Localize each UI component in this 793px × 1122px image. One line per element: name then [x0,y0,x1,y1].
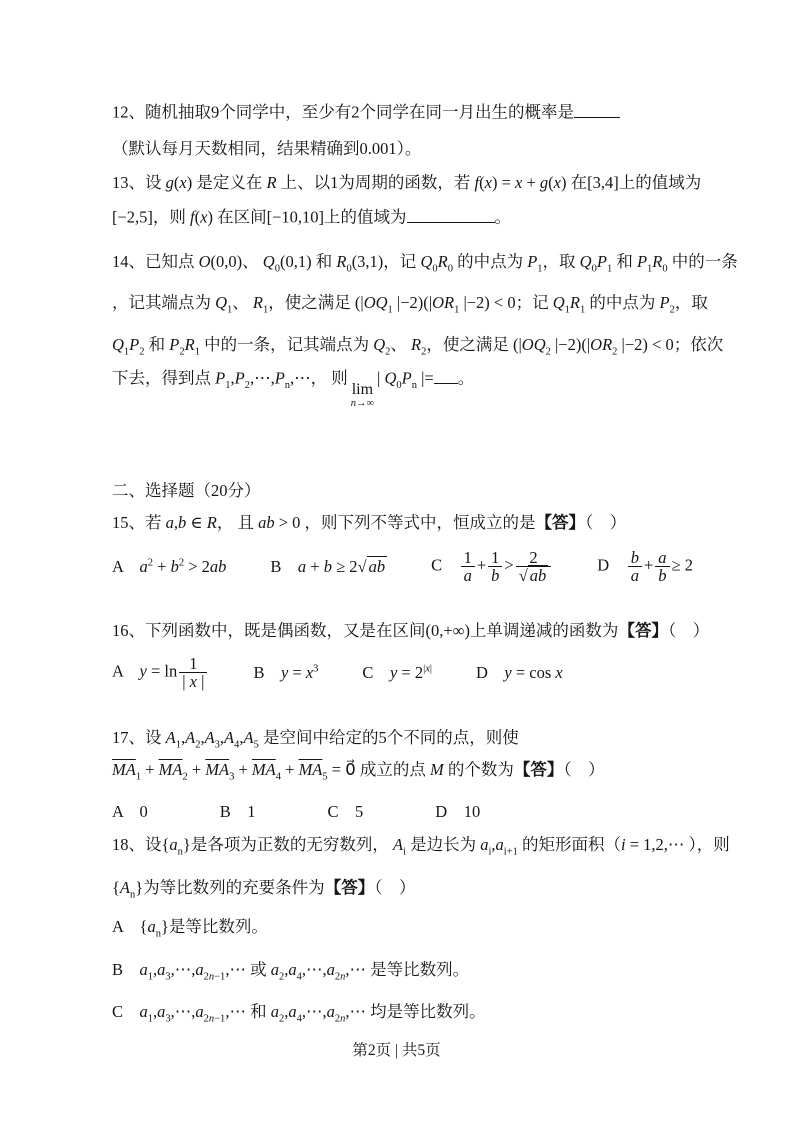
question-17-options: A 0 B 1 C 5 D 10 [112,800,703,823]
question-16-option-b: B y = x3 [253,661,318,684]
question-15-option-b: B a + b ≥ 2√ab [270,555,387,578]
page-footer: 第2页 | 共5页 [0,1038,793,1060]
question-18-line-2: {An}为等比数列的充要条件为【答】（ ） [112,876,703,899]
question-16-option-a: A y = ln1| x | [112,655,209,691]
page-number-label: 第2页 | 共5页 [352,1042,440,1059]
question-16-option-d: D y = cos x [476,661,563,684]
question-15-option-d: D ba+ab≥ 2 [597,549,693,585]
section-2-header: 二、选择题（20分） [112,479,703,502]
exam-page: 12、随机抽取9个同学中，至少有2个同学在同一月出生的概率是 （默认每月天数相同… [0,0,793,1122]
question-15-stem: 15、若 a,b ∈ R， 且 ab > 0 ，则下列不等式中，恒成立的是【答】… [112,511,703,534]
question-16-options: A y = ln1| x | B y = x3 C y = 2|x| D y =… [112,655,703,691]
question-13-line-1: 13、设 g(x) 是定义在 R 上、以1为周期的函数，若 f(x) = x +… [112,171,703,194]
question-15-option-c: C 1a+1b>2√ab [431,549,553,585]
question-17-option-d: D 10 [435,800,480,823]
question-14-line-2: ，记其端点为 Q1、 R1，使之满足 (|OQ1 |−2)(|OR1 |−2) … [112,291,703,314]
question-18-option-c: C a1,a3,⋯,a2n−1,⋯ 和 a2,a4,⋯,a2n,⋯ 均是等比数列… [112,1000,703,1023]
question-17-line-1: 17、设 A1,A2,A3,A4,A5 是空间中给定的5个不同的点，则使 [112,726,703,749]
question-14-line-4: 下去，得到点 P1,P2,⋯,Pn,⋯， 则limn→∞| Q0Pn |=。 [112,366,703,409]
question-17-option-a: A 0 [112,800,148,823]
question-14-line-1: 14、已知点 O(0,0)、 Q0(0,1) 和 R0(3,1)，记 Q0R0 … [112,250,703,273]
question-18-option-a: A {an}是等比数列。 [112,915,703,938]
question-15-options: A a2 + b2 > 2ab B a + b ≥ 2√ab C 1a+1b>2… [112,549,703,585]
question-13-line-2: [−2,5]，则 f(x) 在区间[−10,10]上的值域为。 [112,205,703,229]
question-16-stem: 16、下列函数中，既是偶函数，又是在区间(0,+∞)上单调递减的函数为【答】（ … [112,619,703,642]
question-18-line-1: 18、设{an}是各项为正数的无穷数列， Ai 是边长为 ai,ai+1 的矩形… [112,833,703,856]
question-12-line-1: 12、随机抽取9个同学中，至少有2个同学在同一月出生的概率是 [112,100,703,124]
question-17-option-c: C 5 [328,800,364,823]
question-17-line-2: MA1 + MA2 + MA3 + MA4 + MA5 = 0⃗ 成立的点 M … [112,758,703,781]
question-12-line-2: （默认每月天数相同，结果精确到0.001）。 [112,137,703,160]
question-14-line-3: Q1P2 和 P2R1 中的一条，记其端点为 Q2、 R2，使之满足 (|OQ2… [112,333,703,356]
question-17-option-b: B 1 [220,800,256,823]
question-18-option-b: B a1,a3,⋯,a2n−1,⋯ 或 a2,a4,⋯,a2n,⋯ 是等比数列。 [112,958,703,981]
question-16-option-c: C y = 2|x| [362,661,432,684]
question-15-option-a: A a2 + b2 > 2ab [112,555,226,578]
